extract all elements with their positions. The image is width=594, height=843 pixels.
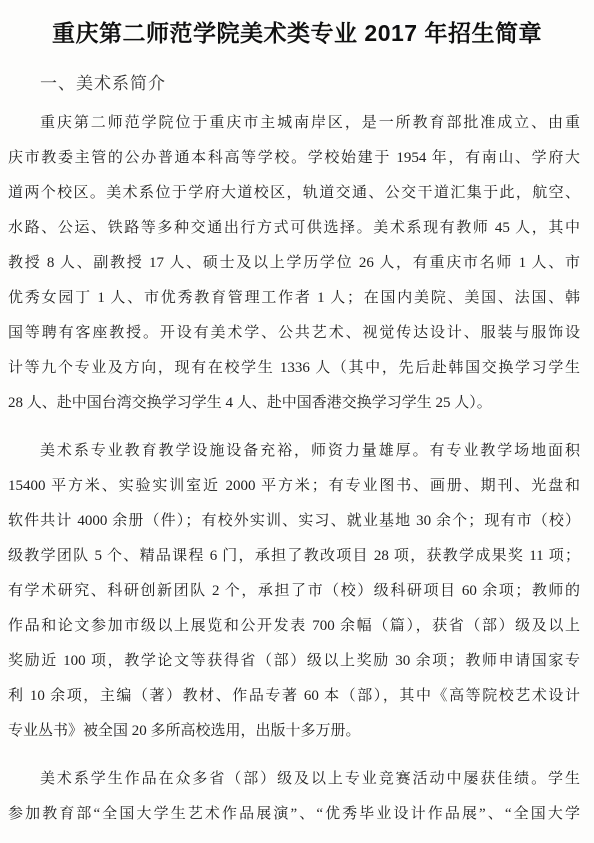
text-line: 优秀女园丁 1 人、市优秀教育管理工作者 1 人；在国内美院、美国、法国、韩: [8, 281, 580, 316]
text-line: 28 人、赴中国台湾交换学习学生 4 人、赴中国香港交换学习学生 25 人）。: [8, 386, 580, 421]
document-title: 重庆第二师范学院美术类专业 2017 年招生简章: [0, 0, 594, 50]
document-body: 重庆第二师范学院位于重庆市主城南岸区，是一所教育部批准成立、由重庆市教委主管的公…: [8, 106, 580, 832]
text-line: 参加教育部“全国大学生艺术作品展演”、“优秀毕业设计作品展”、“全国大学: [8, 797, 580, 832]
text-line: 计等九个专业及方向，现有在校学生 1336 人（其中，先后赴韩国交换学习学生: [8, 351, 580, 386]
text-line: 庆市教委主管的公办普通本科高等学校。学校始建于 1954 年，有南山、学府大: [8, 141, 580, 176]
text-line: 美术系专业教育教学设施设备充裕，师资力量雄厚。有专业教学场地面积: [8, 434, 580, 469]
paragraph: 美术系学生作品在众多省（部）级及以上专业竞赛活动中屡获佳绩。学生参加教育部“全国…: [8, 762, 580, 832]
text-line: 15400 平方米、实验实训室近 2000 平方米；有专业图书、画册、期刊、光盘…: [8, 469, 580, 504]
text-line: 利 10 余项，主编（著）教材、作品专著 60 本（部），其中《高等院校艺术设计: [8, 679, 580, 714]
document-page: 重庆第二师范学院美术类专业 2017 年招生简章 一、美术系简介 重庆第二师范学…: [0, 0, 594, 843]
section-heading: 一、美术系简介: [40, 72, 594, 96]
text-line: 教授 8 人、副教授 17 人、硕士及以上学历学位 26 人，有重庆市名师 1 …: [8, 246, 580, 281]
text-line: 专业丛书》被全国 20 多所高校选用，出版十多万册。: [8, 714, 580, 749]
text-line: 水路、公运、铁路等多种交通出行方式可供选择。美术系现有教师 45 人，其中: [8, 211, 580, 246]
paragraph: 美术系专业教育教学设施设备充裕，师资力量雄厚。有专业教学场地面积15400 平方…: [8, 434, 580, 749]
text-line: 道两个校区。美术系位于学府大道校区，轨道交通、公交干道汇集于此，航空、: [8, 176, 580, 211]
text-line: 软件共计 4000 余册（件）；有校外实训、实习、就业基地 30 余个；现有市（…: [8, 504, 580, 539]
text-line: 美术系学生作品在众多省（部）级及以上专业竞赛活动中屡获佳绩。学生: [8, 762, 580, 797]
text-line: 作品和论文参加市级以上展览和公开发表 700 余幅（篇），获省（部）级及以上: [8, 609, 580, 644]
text-line: 级教学团队 5 个、精品课程 6 门，承担了教改项目 28 项，获教学成果奖 1…: [8, 539, 580, 574]
text-line: 有学术研究、科研创新团队 2 个，承担了市（校）级科研项目 60 余项；教师的: [8, 574, 580, 609]
text-line: 重庆第二师范学院位于重庆市主城南岸区，是一所教育部批准成立、由重: [8, 106, 580, 141]
text-line: 奖励近 100 项，教学论文等获得省（部）级以上奖励 30 余项；教师申请国家专: [8, 644, 580, 679]
paragraph: 重庆第二师范学院位于重庆市主城南岸区，是一所教育部批准成立、由重庆市教委主管的公…: [8, 106, 580, 421]
text-line: 国等聘有客座教授。开设有美术学、公共艺术、视觉传达设计、服装与服饰设: [8, 316, 580, 351]
